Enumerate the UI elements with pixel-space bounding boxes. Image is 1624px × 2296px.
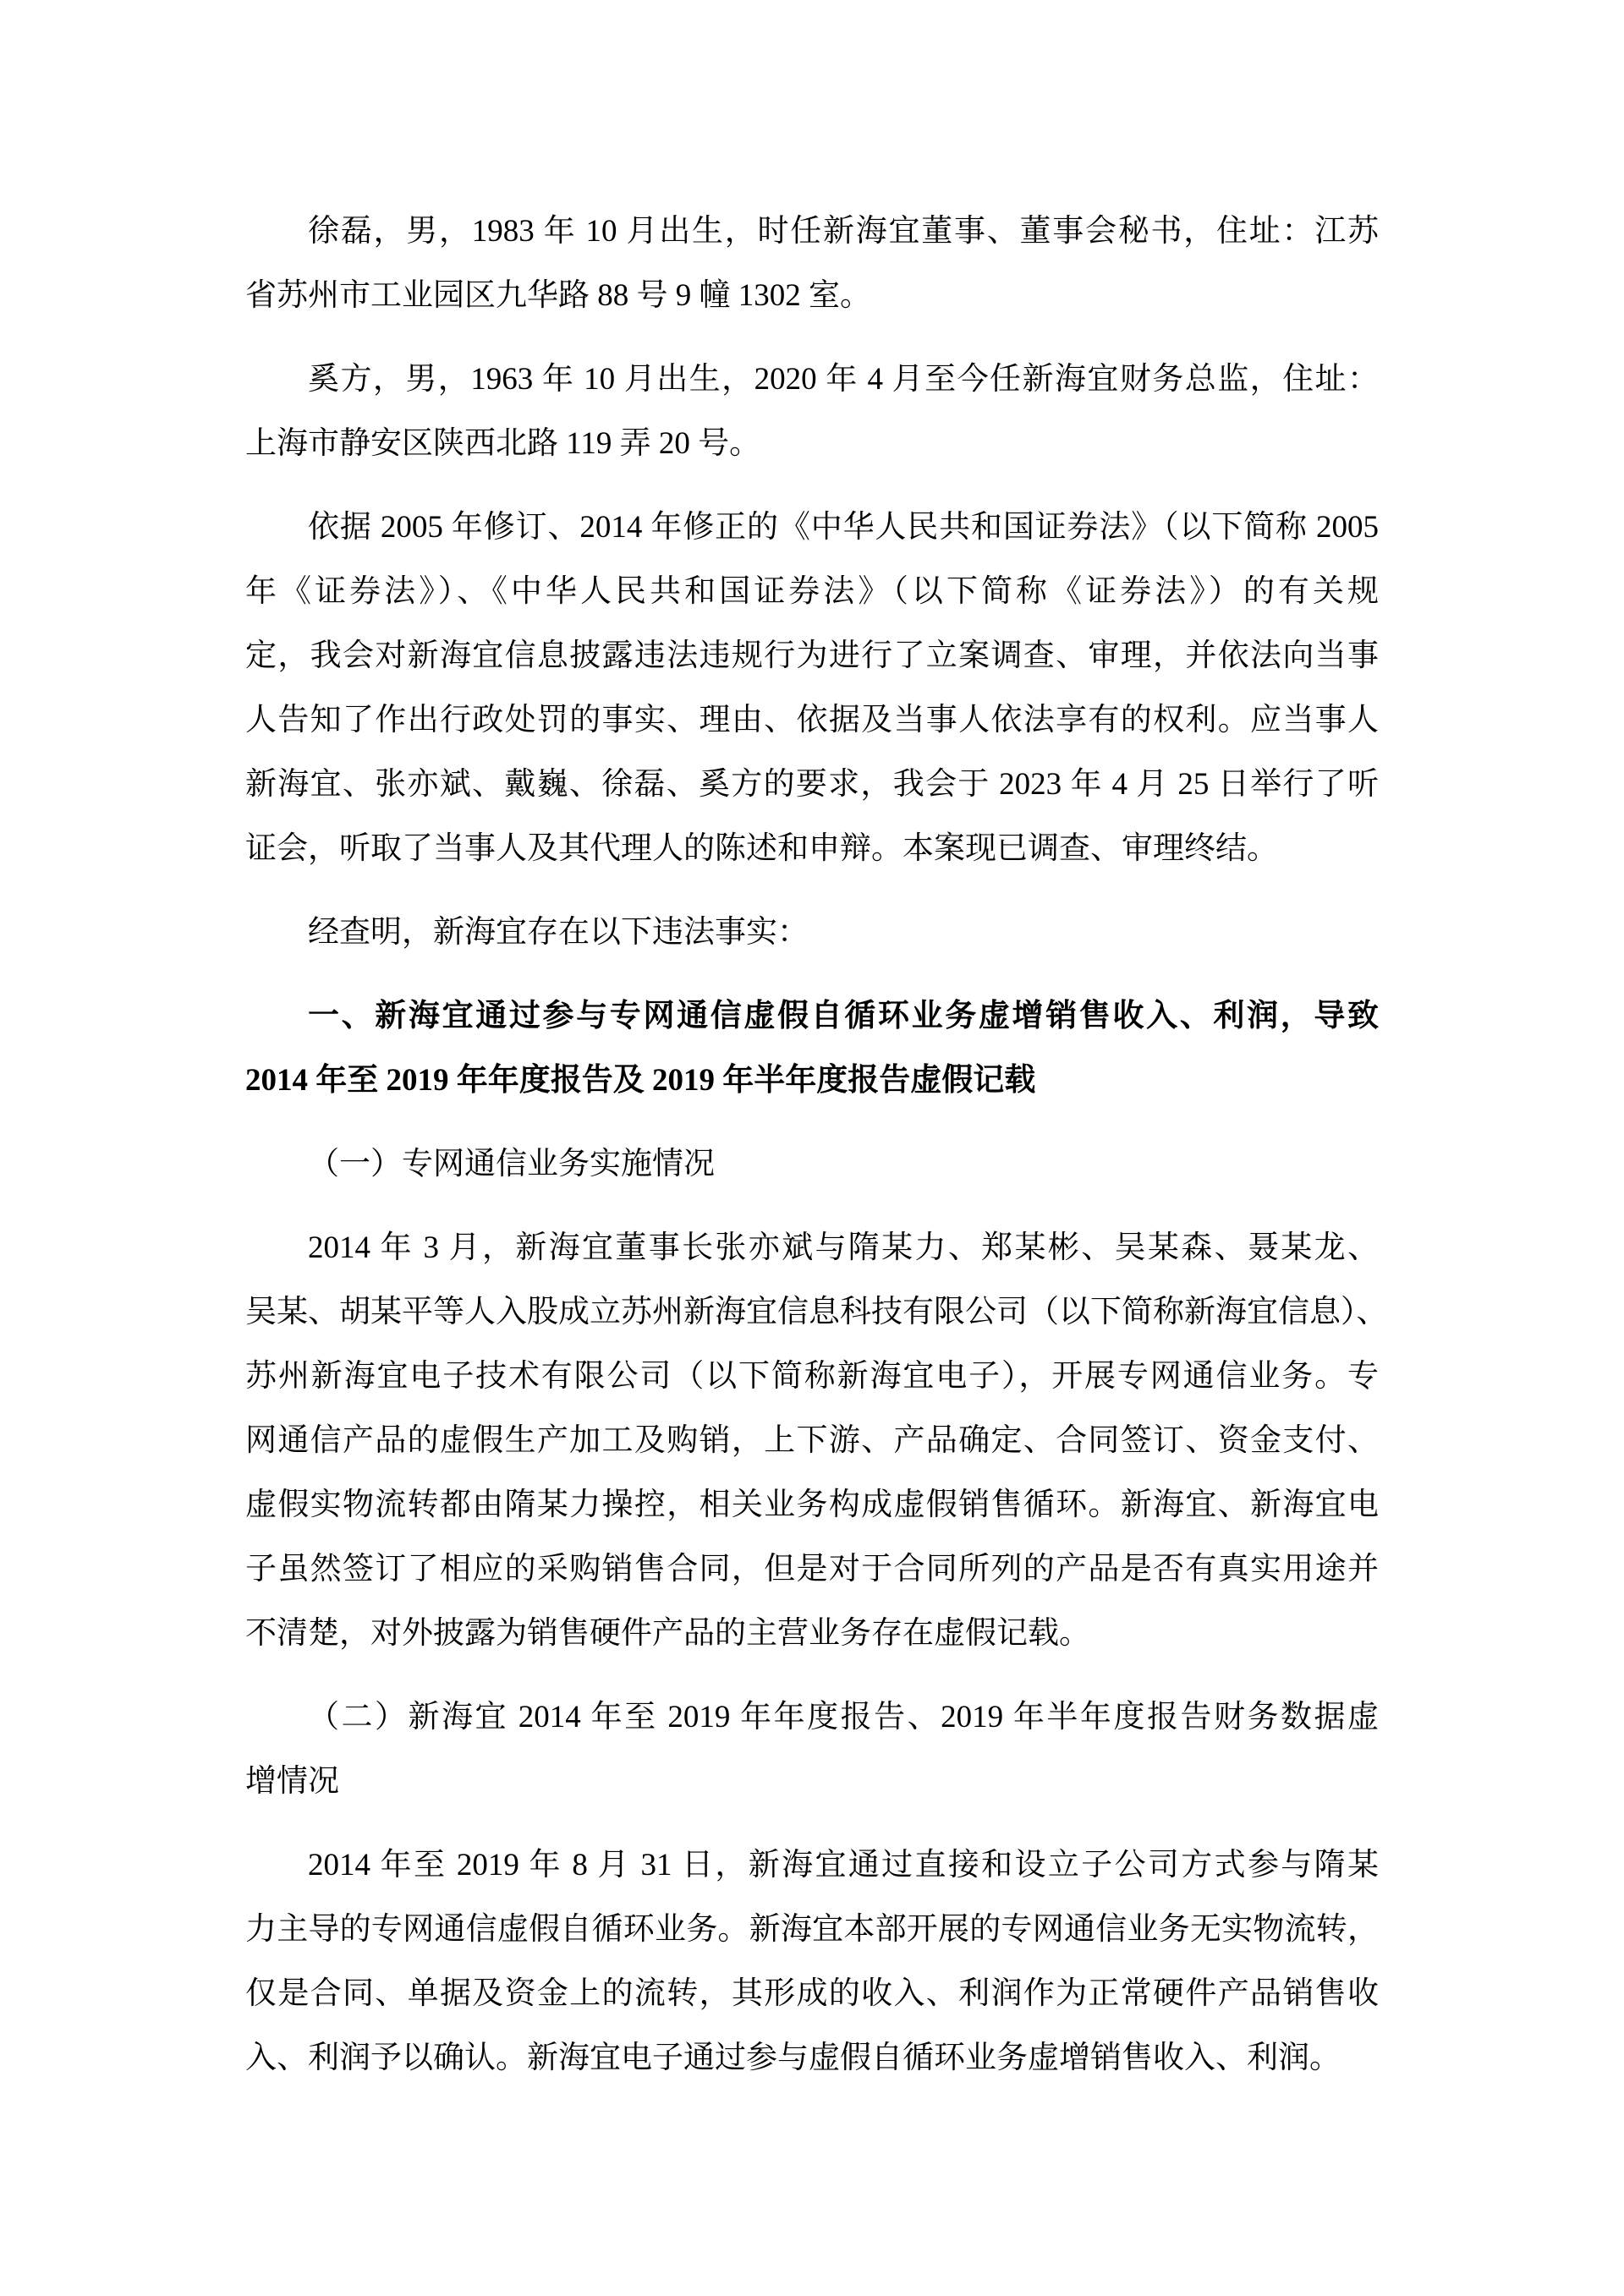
text-line: 年《证券法》）、《中华人民共和国证券法》（以下简称《证券法》）的有关规: [245, 560, 1379, 624]
text-line: 子虽然签订了相应的采购销售合同，但是对于合同所列的产品是否有真实用途并: [245, 1537, 1379, 1602]
text-line: 网通信产品的虚假生产加工及购销，上下游、产品确定、合同签订、资金支付、: [245, 1409, 1379, 1473]
paragraph: 徐磊，男，1983 年 10 月出生，时任新海宜董事、董事会秘书，住址：江苏省苏…: [245, 200, 1379, 328]
text-line: 证会，听取了当事人及其代理人的陈述和申辩。本案现已调查、审理终结。: [245, 817, 1379, 881]
text-line: 一、新海宜通过参与专网通信虚假自循环业务虚增销售收入、利润，导致: [245, 984, 1379, 1049]
text-line: 不清楚，对外披露为销售硬件产品的主营业务存在虚假记载。: [245, 1602, 1379, 1666]
text-line: 经查明，新海宜存在以下违法事实：: [245, 901, 1379, 965]
heading-level-1: 一、新海宜通过参与专网通信虚假自循环业务虚增销售收入、利润，导致2014 年至 …: [245, 984, 1379, 1113]
text-line: 2014 年至 2019 年年度报告及 2019 年半年度报告虚假记载: [245, 1049, 1379, 1113]
text-line: 增情况: [245, 1750, 1379, 1814]
text-line: 2014 年 3 月，新海宜董事长张亦斌与隋某力、郑某彬、吴某森、聂某龙、: [245, 1216, 1379, 1280]
heading-level-2: （二）新海宜 2014 年至 2019 年年度报告、2019 年半年度报告财务数…: [245, 1685, 1379, 1814]
text-line: （二）新海宜 2014 年至 2019 年年度报告、2019 年半年度报告财务数…: [245, 1685, 1379, 1750]
document-page: 徐磊，男，1983 年 10 月出生，时任新海宜董事、董事会秘书，住址：江苏省苏…: [0, 0, 1624, 2296]
text-line: 2014 年至 2019 年 8 月 31 日，新海宜通过直接和设立子公司方式参…: [245, 1833, 1379, 1898]
text-line: 苏州新海宜电子技术有限公司（以下简称新海宜电子），开展专网通信业务。专: [245, 1345, 1379, 1409]
text-line: 力主导的专网通信虚假自循环业务。新海宜本部开展的专网通信业务无实物流转，: [245, 1898, 1379, 1962]
text-line: 吴某、胡某平等人入股成立苏州新海宜信息科技有限公司（以下简称新海宜信息）、: [245, 1280, 1379, 1345]
text-line: （一）专网通信业务实施情况: [245, 1132, 1379, 1197]
text-line: 人告知了作出行政处罚的事实、理由、依据及当事人依法享有的权利。应当事人: [245, 688, 1379, 753]
text-line: 上海市静安区陕西北路 119 弄 20 号。: [245, 412, 1379, 476]
paragraph: 2014 年至 2019 年 8 月 31 日，新海宜通过直接和设立子公司方式参…: [245, 1833, 1379, 2091]
heading-level-2: （一）专网通信业务实施情况: [245, 1132, 1379, 1197]
text-line: 徐磊，男，1983 年 10 月出生，时任新海宜董事、董事会秘书，住址：江苏: [245, 200, 1379, 264]
text-line: 省苏州市工业园区九华路 88 号 9 幢 1302 室。: [245, 264, 1379, 328]
text-line: 入、利润予以确认。新海宜电子通过参与虚假自循环业务虚增销售收入、利润。: [245, 2026, 1379, 2091]
paragraph: 奚方，男，1963 年 10 月出生，2020 年 4 月至今任新海宜财务总监，…: [245, 348, 1379, 476]
text-line: 虚假实物流转都由隋某力操控，相关业务构成虚假销售循环。新海宜、新海宜电: [245, 1473, 1379, 1537]
document-body: 徐磊，男，1983 年 10 月出生，时任新海宜董事、董事会秘书，住址：江苏省苏…: [245, 200, 1379, 2110]
text-line: 定，我会对新海宜信息披露违法违规行为进行了立案调查、审理，并依法向当事: [245, 624, 1379, 688]
text-line: 依据 2005 年修订、2014 年修正的《中华人民共和国证券法》（以下简称 2…: [245, 496, 1379, 560]
paragraph: 2014 年 3 月，新海宜董事长张亦斌与隋某力、郑某彬、吴某森、聂某龙、吴某、…: [245, 1216, 1379, 1666]
paragraph: 经查明，新海宜存在以下违法事实：: [245, 901, 1379, 965]
text-line: 新海宜、张亦斌、戴巍、徐磊、奚方的要求，我会于 2023 年 4 月 25 日举…: [245, 753, 1379, 817]
text-line: 仅是合同、单据及资金上的流转，其形成的收入、利润作为正常硬件产品销售收: [245, 1962, 1379, 2026]
paragraph: 依据 2005 年修订、2014 年修正的《中华人民共和国证券法》（以下简称 2…: [245, 496, 1379, 881]
text-line: 奚方，男，1963 年 10 月出生，2020 年 4 月至今任新海宜财务总监，…: [245, 348, 1379, 412]
